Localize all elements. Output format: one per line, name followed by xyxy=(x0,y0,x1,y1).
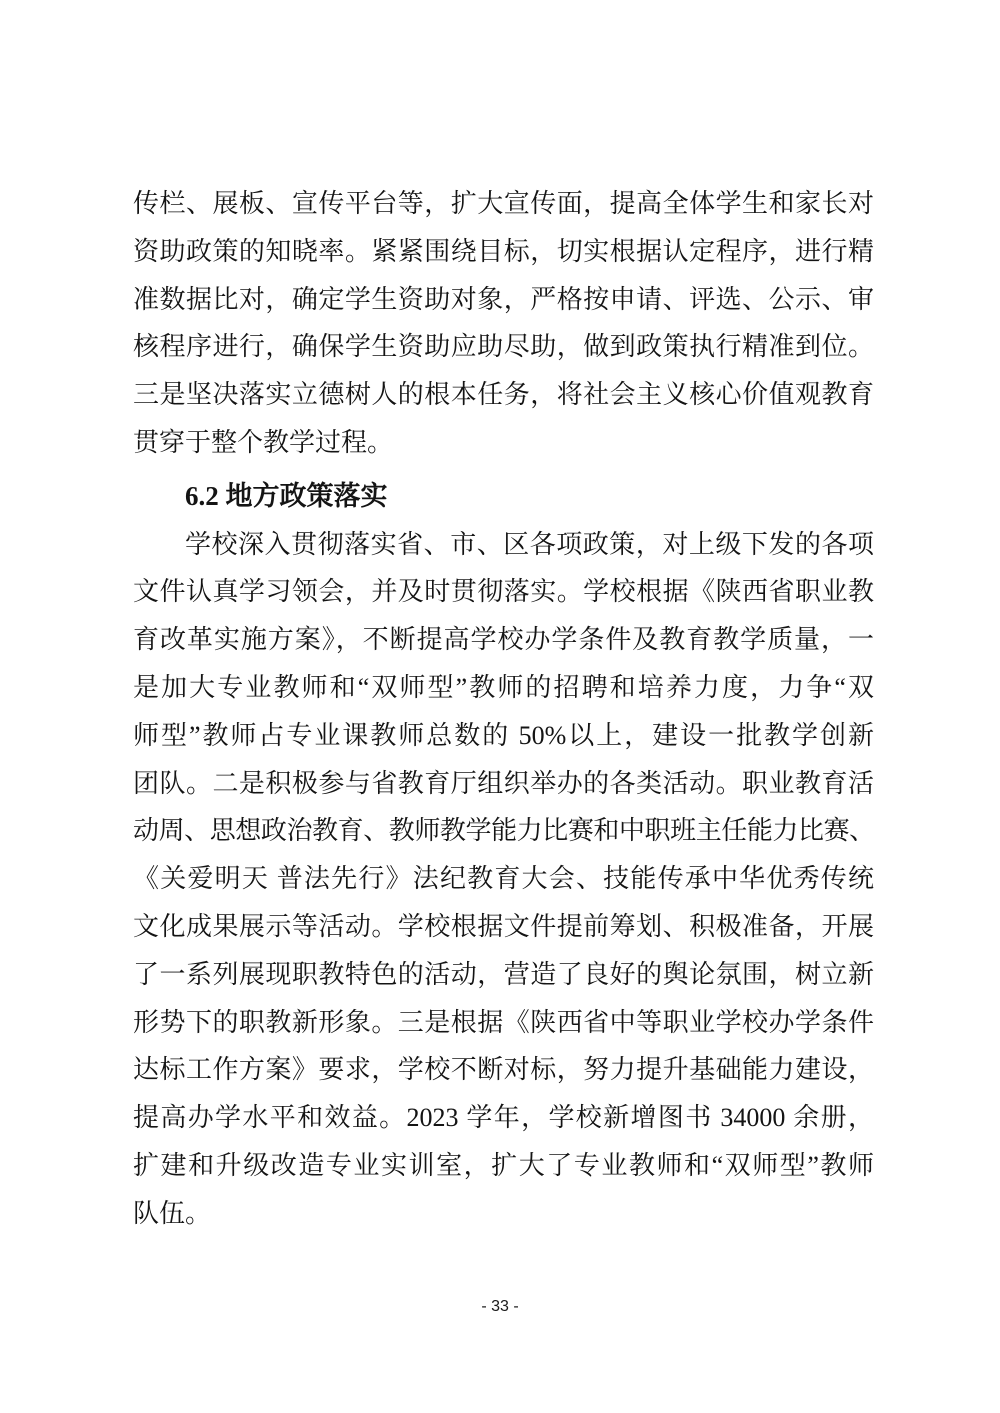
text-line: 是加大专业教师和“双师型”教师的招聘和培养力度，力争“双 xyxy=(133,664,874,712)
text-line: 学校深入贯彻落实省、市、区各项政策，对上级下发的各项 xyxy=(133,521,874,569)
text-line: 准数据比对，确定学生资助对象，严格按申请、评选、公示、审 xyxy=(133,276,874,324)
text-line: 贯穿于整个教学过程。 xyxy=(133,419,874,467)
document-page: 传栏、展板、宣传平台等，扩大宣传面，提高全体学生和家长对 资助政策的知晓率。紧紧… xyxy=(0,0,1000,1413)
text-line: 动周、思想政治教育、教师教学能力比赛和中职班主任能力比赛、 xyxy=(133,807,874,855)
text-line: 传栏、展板、宣传平台等，扩大宣传面，提高全体学生和家长对 xyxy=(133,180,874,228)
text-line: 《关爱明天 普法先行》法纪教育大会、技能传承中华优秀传统 xyxy=(133,855,874,903)
text-line: 师型”教师占专业课教师总数的 50%以上，建设一批教学创新 xyxy=(133,712,874,760)
page-body: 传栏、展板、宣传平台等，扩大宣传面，提高全体学生和家长对 资助政策的知晓率。紧紧… xyxy=(133,180,874,1238)
text-line: 文化成果展示等活动。学校根据文件提前筹划、积极准备，开展 xyxy=(133,903,874,951)
text-line: 文件认真学习领会，并及时贯彻落实。学校根据《陕西省职业教 xyxy=(133,568,874,616)
text-line: 队伍。 xyxy=(133,1190,874,1238)
paragraph-local-policy: 学校深入贯彻落实省、市、区各项政策，对上级下发的各项 文件认真学习领会，并及时贯… xyxy=(133,521,874,1238)
text-line: 达标工作方案》要求，学校不断对标，努力提升基础能力建设， xyxy=(133,1046,874,1094)
text-line: 核程序进行，确保学生资助应助尽助，做到政策执行精准到位。 xyxy=(133,323,874,371)
text-line: 形势下的职教新形象。三是根据《陕西省中等职业学校办学条件 xyxy=(133,999,874,1047)
section-heading-6-2: 6.2 地方政策落实 xyxy=(133,473,874,521)
text-line: 提高办学水平和效益。2023 学年，学校新增图书 34000 余册， xyxy=(133,1094,874,1142)
text-line: 资助政策的知晓率。紧紧围绕目标，切实根据认定程序，进行精 xyxy=(133,228,874,276)
paragraph-funding-policy: 传栏、展板、宣传平台等，扩大宣传面，提高全体学生和家长对 资助政策的知晓率。紧紧… xyxy=(133,180,874,467)
text-line: 扩建和升级改造专业实训室，扩大了专业教师和“双师型”教师 xyxy=(133,1142,874,1190)
text-line: 了一系列展现职教特色的活动，营造了良好的舆论氛围，树立新 xyxy=(133,951,874,999)
text-line: 三是坚决落实立德树人的根本任务，将社会主义核心价值观教育 xyxy=(133,371,874,419)
page-number: - 33 - xyxy=(0,1298,1000,1316)
text-line: 团队。二是积极参与省教育厅组织举办的各类活动。职业教育活 xyxy=(133,760,874,808)
text-line: 育改革实施方案》，不断提高学校办学条件及教育教学质量，一 xyxy=(133,616,874,664)
